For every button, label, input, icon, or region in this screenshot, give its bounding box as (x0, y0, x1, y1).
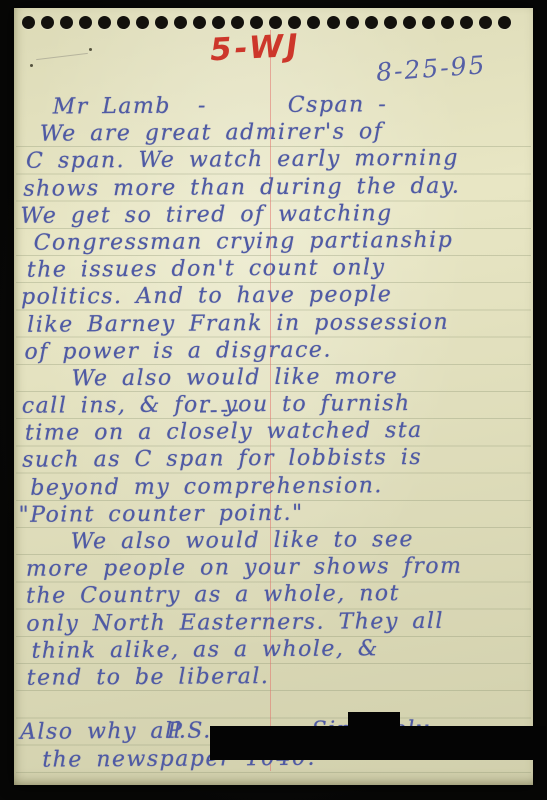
letter-body: Mr Lamb - Cspan - We are great admirer's… (12, 90, 536, 773)
letter-line: We are great admirer's of (12, 117, 531, 148)
letter-line: only North Easterners. They all (15, 607, 534, 638)
letter-line: shows more than during the day. (12, 172, 531, 203)
punch-hole (250, 16, 263, 29)
letter-line: We get so tired of watching (12, 199, 531, 230)
letter-line: the issues don't count only (13, 253, 532, 284)
punch-hole (307, 16, 320, 29)
punch-hole (98, 16, 111, 29)
letter-line: beyond my comprehension. (14, 471, 533, 502)
punch-hole (365, 16, 378, 29)
punch-hole (479, 16, 492, 29)
letter-line: more people on your shows from (15, 552, 534, 583)
red-sorting-mark: 5-WJ (209, 28, 302, 69)
punch-hole (79, 16, 92, 29)
letter-line: "Point counter point." (14, 498, 533, 529)
letter-line: such as C span for lobbists is (14, 444, 533, 475)
ps-closing-line: P.S.Sincerely (16, 688, 535, 719)
letter-line: Mr Lamb - Cspan - (12, 90, 531, 121)
punch-hole (22, 16, 35, 29)
punch-hole (60, 16, 73, 29)
punch-hole (174, 16, 187, 29)
letter-line: of power is a disgrace. (13, 335, 532, 366)
letter-line: politics. And to have people (13, 281, 532, 312)
letter-line: We also would like to see (15, 525, 534, 556)
punch-hole (117, 16, 130, 29)
redaction-name (210, 726, 546, 760)
punch-hole (460, 16, 473, 29)
punch-hole (422, 16, 435, 29)
scratch-dot (30, 64, 33, 67)
punch-hole (288, 16, 301, 29)
letter-line: time on a closely watched sta (14, 416, 533, 447)
punch-hole (136, 16, 149, 29)
punch-hole (155, 16, 168, 29)
punch-hole (384, 16, 397, 29)
letter-line: call ins, & for you to furnish (14, 389, 533, 420)
letter-line: tend to be liberal. (16, 661, 535, 692)
punch-hole (498, 16, 511, 29)
punch-hole (41, 16, 54, 29)
letter-line: We also would like more (14, 362, 533, 393)
photo-background: 5-WJ 8-25-95 Mr Lamb - Cspan - We are gr… (0, 0, 547, 800)
letter-line: like Barney Frank in possession (13, 308, 532, 339)
letter-line: the Country as a whole, not (15, 580, 534, 611)
punch-hole (327, 16, 340, 29)
punch-holes (22, 15, 511, 29)
letter-line: Congressman crying partianship (13, 226, 532, 257)
letter-line: C span. We watch early morning (12, 145, 531, 176)
punch-hole (269, 16, 282, 29)
punch-hole (231, 16, 244, 29)
letter-date: 8-25-95 (375, 50, 487, 87)
punch-hole (346, 16, 359, 29)
punch-hole (403, 16, 416, 29)
letter-paper: 5-WJ 8-25-95 Mr Lamb - Cspan - We are gr… (14, 8, 533, 785)
scratch-mark (36, 53, 88, 60)
letter-line: think alike, as a whole, & (15, 634, 534, 665)
scratch-dot (89, 48, 92, 51)
punch-hole (441, 16, 454, 29)
punch-hole (193, 16, 206, 29)
punch-hole (212, 16, 225, 29)
